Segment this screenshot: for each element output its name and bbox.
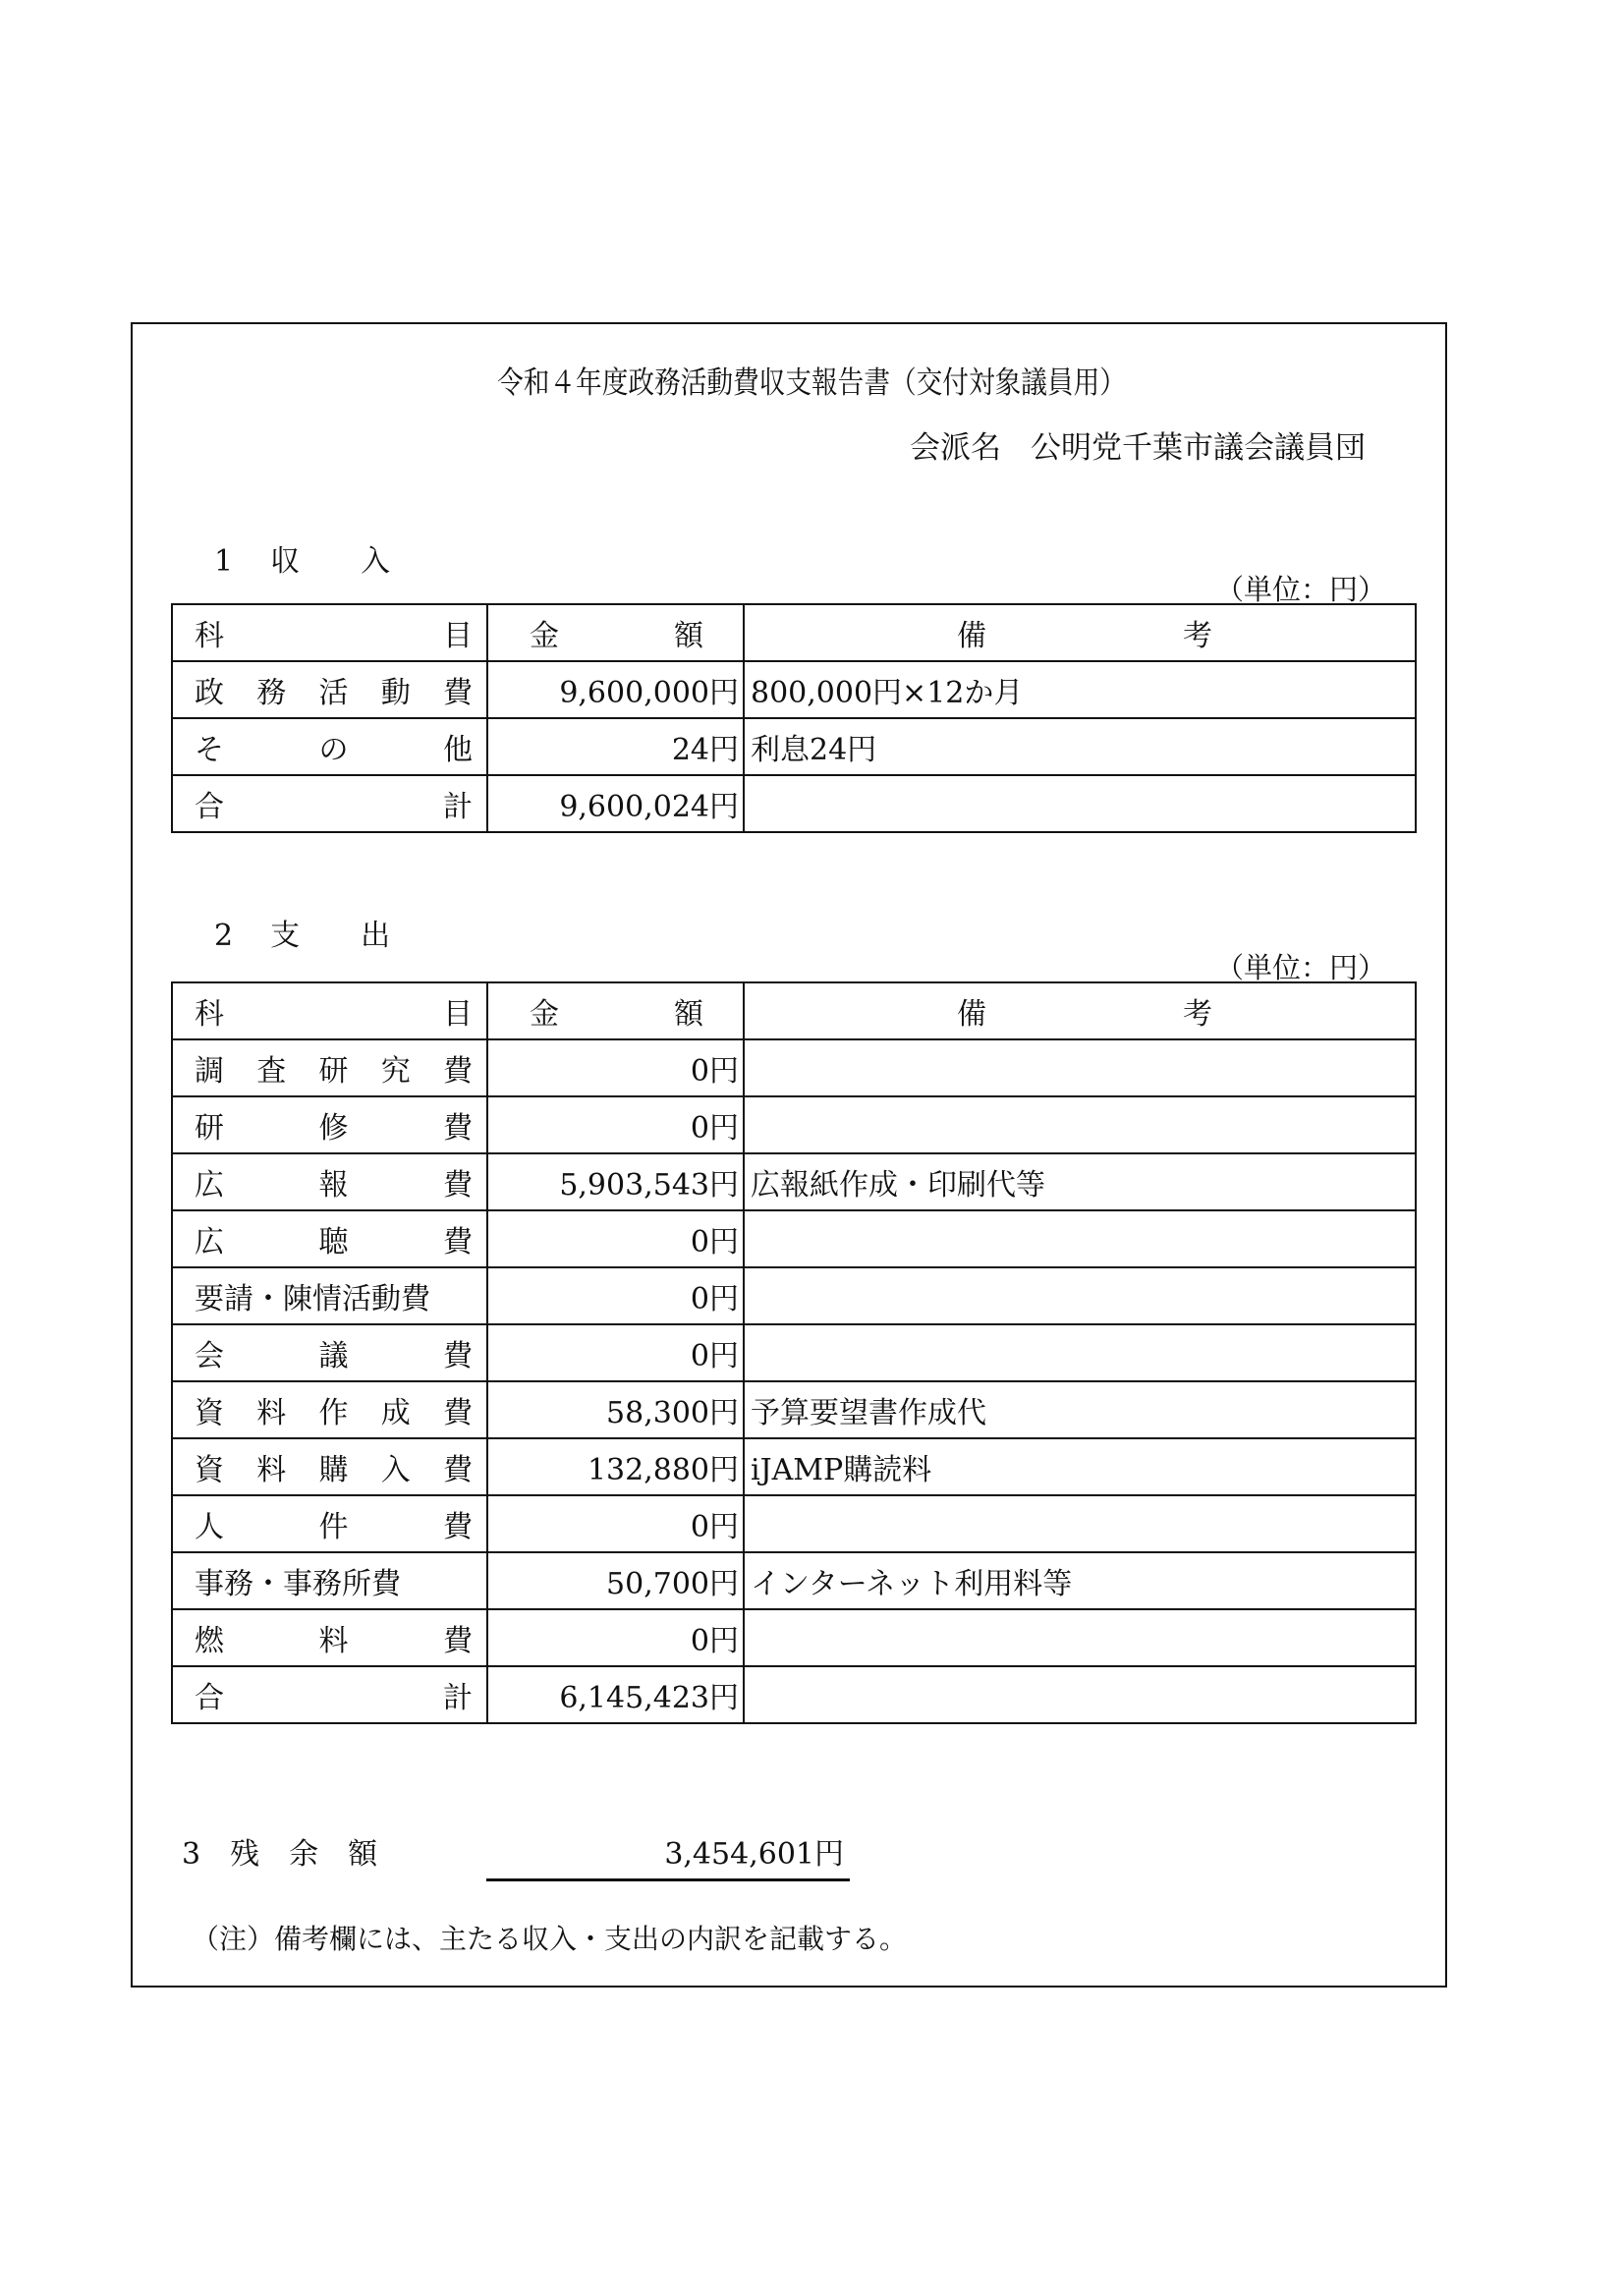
amount-cell: 0円: [487, 1495, 744, 1552]
table-row: 事務・事務所費 50,700円 インターネット利用料等: [172, 1552, 1416, 1609]
amount-cell: 0円: [487, 1210, 744, 1267]
income-unit-label: （単位：円）: [1215, 568, 1386, 608]
amount-cell: 0円: [487, 1267, 744, 1324]
note-cell: [744, 1666, 1416, 1723]
header-subject: 科目: [172, 604, 487, 661]
amount-cell: 0円: [487, 1324, 744, 1381]
note-cell: [744, 1324, 1416, 1381]
income-section-heading: 1収入: [214, 536, 392, 580]
table-row: 資料購入費 132,880円 iJAMP購読料: [172, 1438, 1416, 1495]
amount-cell: 58,300円: [487, 1381, 744, 1438]
header-note: 備考: [744, 982, 1416, 1039]
amount-cell: 132,880円: [487, 1438, 744, 1495]
amount-cell: 0円: [487, 1096, 744, 1153]
income-table: 科目 金額 備考 政務活動費 9,600,000円 800,000円×12か月 …: [171, 603, 1417, 833]
table-row: 広報費 5,903,543円 広報紙作成・印刷代等: [172, 1153, 1416, 1210]
table-header-row: 科目 金額 備考: [172, 604, 1416, 661]
note-cell: [744, 1096, 1416, 1153]
table-row: 要請・陳情活動費 0円: [172, 1267, 1416, 1324]
amount-cell: 0円: [487, 1039, 744, 1096]
header-amount: 金額: [487, 982, 744, 1039]
table-header-row: 科目 金額 備考: [172, 982, 1416, 1039]
amount-cell: 24円: [487, 718, 744, 775]
party-line: 会派名公明党千葉市議会議員団: [910, 422, 1366, 467]
document-title: 令和４年度政務活動費収支報告書（交付対象議員用）: [114, 358, 1510, 402]
balance-underline: [486, 1878, 850, 1881]
note-cell: [744, 1210, 1416, 1267]
amount-cell: 9,600,024円: [487, 775, 744, 832]
expenditure-section-heading: 2支出: [214, 911, 392, 954]
expenditure-unit-label: （単位：円）: [1215, 946, 1386, 986]
amount-cell: 6,145,423円: [487, 1666, 744, 1723]
table-row: 人件費 0円: [172, 1495, 1416, 1552]
header-subject: 科目: [172, 982, 487, 1039]
table-row: 研修費 0円: [172, 1096, 1416, 1153]
table-row: 調査研究費 0円: [172, 1039, 1416, 1096]
party-name: 公明党千葉市議会議員団: [1031, 430, 1366, 466]
table-row: 燃料費 0円: [172, 1609, 1416, 1666]
balance-label: 3残余額: [182, 1829, 407, 1873]
table-row: 広聴費 0円: [172, 1210, 1416, 1267]
table-row: 政務活動費 9,600,000円 800,000円×12か月: [172, 661, 1416, 718]
balance-amount: 3,454,601円: [486, 1829, 850, 1873]
table-row-total: 合計 6,145,423円: [172, 1666, 1416, 1723]
amount-cell: 9,600,000円: [487, 661, 744, 718]
party-label: 会派名: [910, 430, 1001, 466]
note-cell: [744, 1609, 1416, 1666]
table-row: 資料作成費 58,300円 予算要望書作成代: [172, 1381, 1416, 1438]
note-cell: 利息24円: [744, 718, 1416, 775]
table-row-total: 合計 9,600,024円: [172, 775, 1416, 832]
header-note: 備考: [744, 604, 1416, 661]
table-row: 会議費 0円: [172, 1324, 1416, 1381]
note-cell: [744, 775, 1416, 832]
note-cell: [744, 1267, 1416, 1324]
note-cell: iJAMP購読料: [744, 1438, 1416, 1495]
note-cell: インターネット利用料等: [744, 1552, 1416, 1609]
note-cell: [744, 1039, 1416, 1096]
table-row: その他 24円 利息24円: [172, 718, 1416, 775]
header-amount: 金額: [487, 604, 744, 661]
amount-cell: 50,700円: [487, 1552, 744, 1609]
note-cell: 予算要望書作成代: [744, 1381, 1416, 1438]
amount-cell: 0円: [487, 1609, 744, 1666]
amount-cell: 5,903,543円: [487, 1153, 744, 1210]
expenditure-table: 科目 金額 備考 調査研究費 0円 研修費 0円 広報費 5,903,543円 …: [171, 981, 1417, 1724]
note-cell: 広報紙作成・印刷代等: [744, 1153, 1416, 1210]
note-cell: [744, 1495, 1416, 1552]
note-cell: 800,000円×12か月: [744, 661, 1416, 718]
footnote: （注）備考欄には、主たる収入・支出の内訳を記載する。: [192, 1918, 907, 1957]
